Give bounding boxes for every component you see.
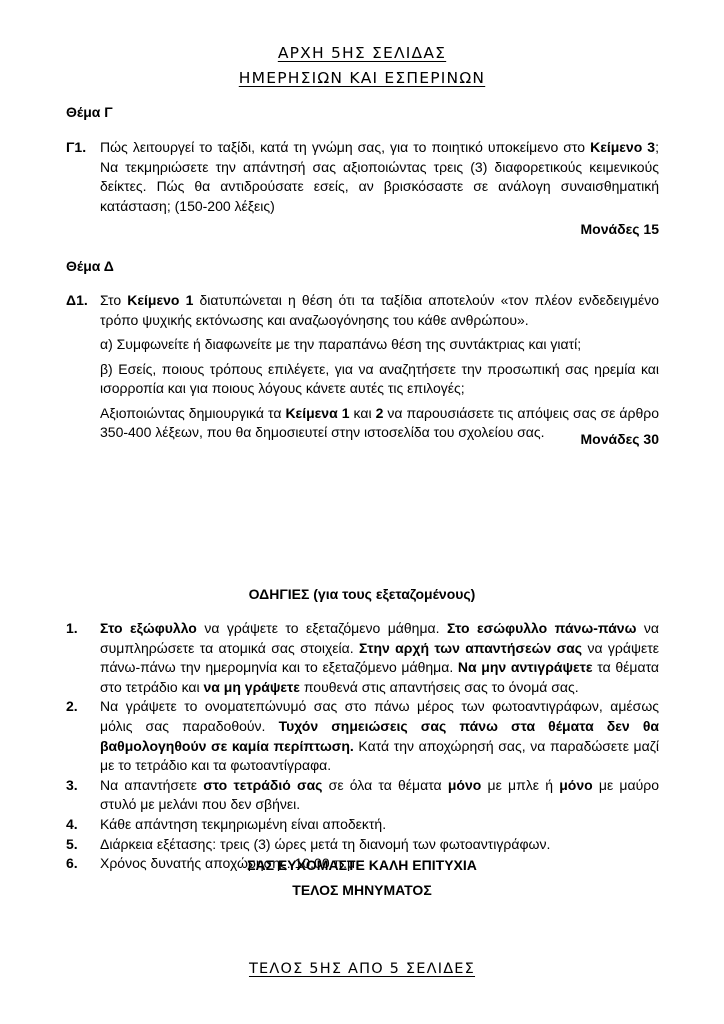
instruction-number: 3. xyxy=(66,776,78,796)
instructions-list: 1.Στο εξώφυλλο να γράψετε το εξεταζόμενο… xyxy=(66,619,659,874)
instruction-item: 2.Να γράψετε το ονοματεπώνυμό σας στο πά… xyxy=(66,697,659,775)
page-header-line1: ΑΡΧΗ 5ΗΣ ΣΕΛΙΔΑΣ xyxy=(0,44,724,62)
emphasis-text: Στο εξώφυλλο xyxy=(100,620,197,636)
text-run: Κάθε απάντηση τεκμηριωμένη είναι αποδεκτ… xyxy=(100,816,386,832)
text-run: με μπλε ή xyxy=(481,777,559,793)
instruction-item: 5.Διάρκεια εξέτασης: τρεις (3) ώρες μετά… xyxy=(66,835,659,855)
instruction-text: Να απαντήσετε στο τετράδιό σας σε όλα τα… xyxy=(100,776,659,815)
question-closing: Αξιοποιώντας δημιουργικά τα Κείμενα 1 κα… xyxy=(100,404,659,443)
text-run: Πώς λειτουργεί το ταξίδι, κατά τη γνώμη … xyxy=(100,139,590,155)
marks-g: Μονάδες 15 xyxy=(581,221,659,237)
emphasis-text: Κείμενο 1 xyxy=(127,292,193,308)
instruction-item: 3.Να απαντήσετε στο τετράδιό σας σε όλα … xyxy=(66,776,659,815)
section-title-d: Θέμα Δ xyxy=(66,258,114,274)
question-number: Γ1. xyxy=(66,138,86,158)
question-number: Δ1. xyxy=(66,291,88,311)
text-run: πουθενά στις απαντήσεις σας το όνομά σας… xyxy=(300,679,579,695)
instruction-number: 2. xyxy=(66,697,78,717)
emphasis-text: μόνο xyxy=(448,777,481,793)
closing-wish: ΣΑΣ ΕΥΧΟΜΑΣΤΕ ΚΑΛΗ ΕΠΙΤΥΧΙΑ xyxy=(0,857,724,873)
text-run: Στο xyxy=(100,292,127,308)
instruction-text: Να γράψετε το ονοματεπώνυμό σας στο πάνω… xyxy=(100,697,659,775)
sub-question-b: β) Εσείς, ποιους τρόπους επιλέγετε, για … xyxy=(100,360,659,399)
text-run: σε όλα τα θέματα xyxy=(322,777,447,793)
exam-page: ΑΡΧΗ 5ΗΣ ΣΕΛΙΔΑΣ ΗΜΕΡΗΣΙΩΝ ΚΑΙ ΕΣΠΕΡΙΝΩΝ… xyxy=(0,0,724,1024)
instruction-number: 4. xyxy=(66,815,78,835)
text-run: Αξιοποιώντας δημιουργικά τα xyxy=(100,405,285,421)
instruction-text: Κάθε απάντηση τεκμηριωμένη είναι αποδεκτ… xyxy=(100,815,659,835)
sub-question-a: α) Συμφωνείτε ή διαφωνείτε με την παραπά… xyxy=(100,335,659,355)
emphasis-text: να μη γράψετε xyxy=(204,679,300,695)
instruction-number: 5. xyxy=(66,835,78,855)
emphasis-text: Να μην αντιγράψετε xyxy=(458,659,593,675)
emphasis-text: μόνο xyxy=(559,777,592,793)
marks-d: Μονάδες 30 xyxy=(581,431,659,447)
text-run: και xyxy=(350,405,376,421)
page-footer: ΤΕΛΟΣ 5ΗΣ ΑΠΟ 5 ΣΕΛΙΔΕΣ xyxy=(0,961,724,977)
section-title-g: Θέμα Γ xyxy=(66,104,113,120)
emphasis-text: Κείμενο 3 xyxy=(590,139,655,155)
emphasis-text: Κείμενα 1 xyxy=(285,405,349,421)
page-header-line2: ΗΜΕΡΗΣΙΩΝ ΚΑΙ ΕΣΠΕΡΙΝΩΝ xyxy=(0,69,724,87)
emphasis-text: στο τετράδιό σας xyxy=(203,777,322,793)
instruction-number: 1. xyxy=(66,619,78,639)
instruction-item: 4.Κάθε απάντηση τεκμηριωμένη είναι αποδε… xyxy=(66,815,659,835)
emphasis-text: Στην αρχή των απαντήσεών σας xyxy=(359,640,582,656)
end-message: ΤΕΛΟΣ ΜΗΝΥΜΑΤΟΣ xyxy=(0,882,724,898)
question-text: Πώς λειτουργεί το ταξίδι, κατά τη γνώμη … xyxy=(100,138,659,216)
question-d1: Δ1. Στο Κείμενο 1 διατυπώνεται η θέση ότ… xyxy=(66,291,659,448)
instruction-text: Στο εξώφυλλο να γράψετε το εξεταζόμενο μ… xyxy=(100,619,659,697)
question-intro: Στο Κείμενο 1 διατυπώνεται η θέση ότι τα… xyxy=(100,291,659,330)
text-run: να γράψετε το εξεταζόμενο μάθημα. xyxy=(197,620,447,636)
instructions-title: ΟΔΗΓΙΕΣ (για τους εξεταζομένους) xyxy=(0,586,724,602)
instruction-item: 1.Στο εξώφυλλο να γράψετε το εξεταζόμενο… xyxy=(66,619,659,697)
instruction-text: Διάρκεια εξέτασης: τρεις (3) ώρες μετά τ… xyxy=(100,835,659,855)
question-g1: Γ1. Πώς λειτουργεί το ταξίδι, κατά τη γν… xyxy=(66,138,659,216)
text-run: Να απαντήσετε xyxy=(100,777,203,793)
text-run: Διάρκεια εξέτασης: τρεις (3) ώρες μετά τ… xyxy=(100,836,550,852)
emphasis-text: Στο εσώφυλλο πάνω-πάνω xyxy=(447,620,636,636)
